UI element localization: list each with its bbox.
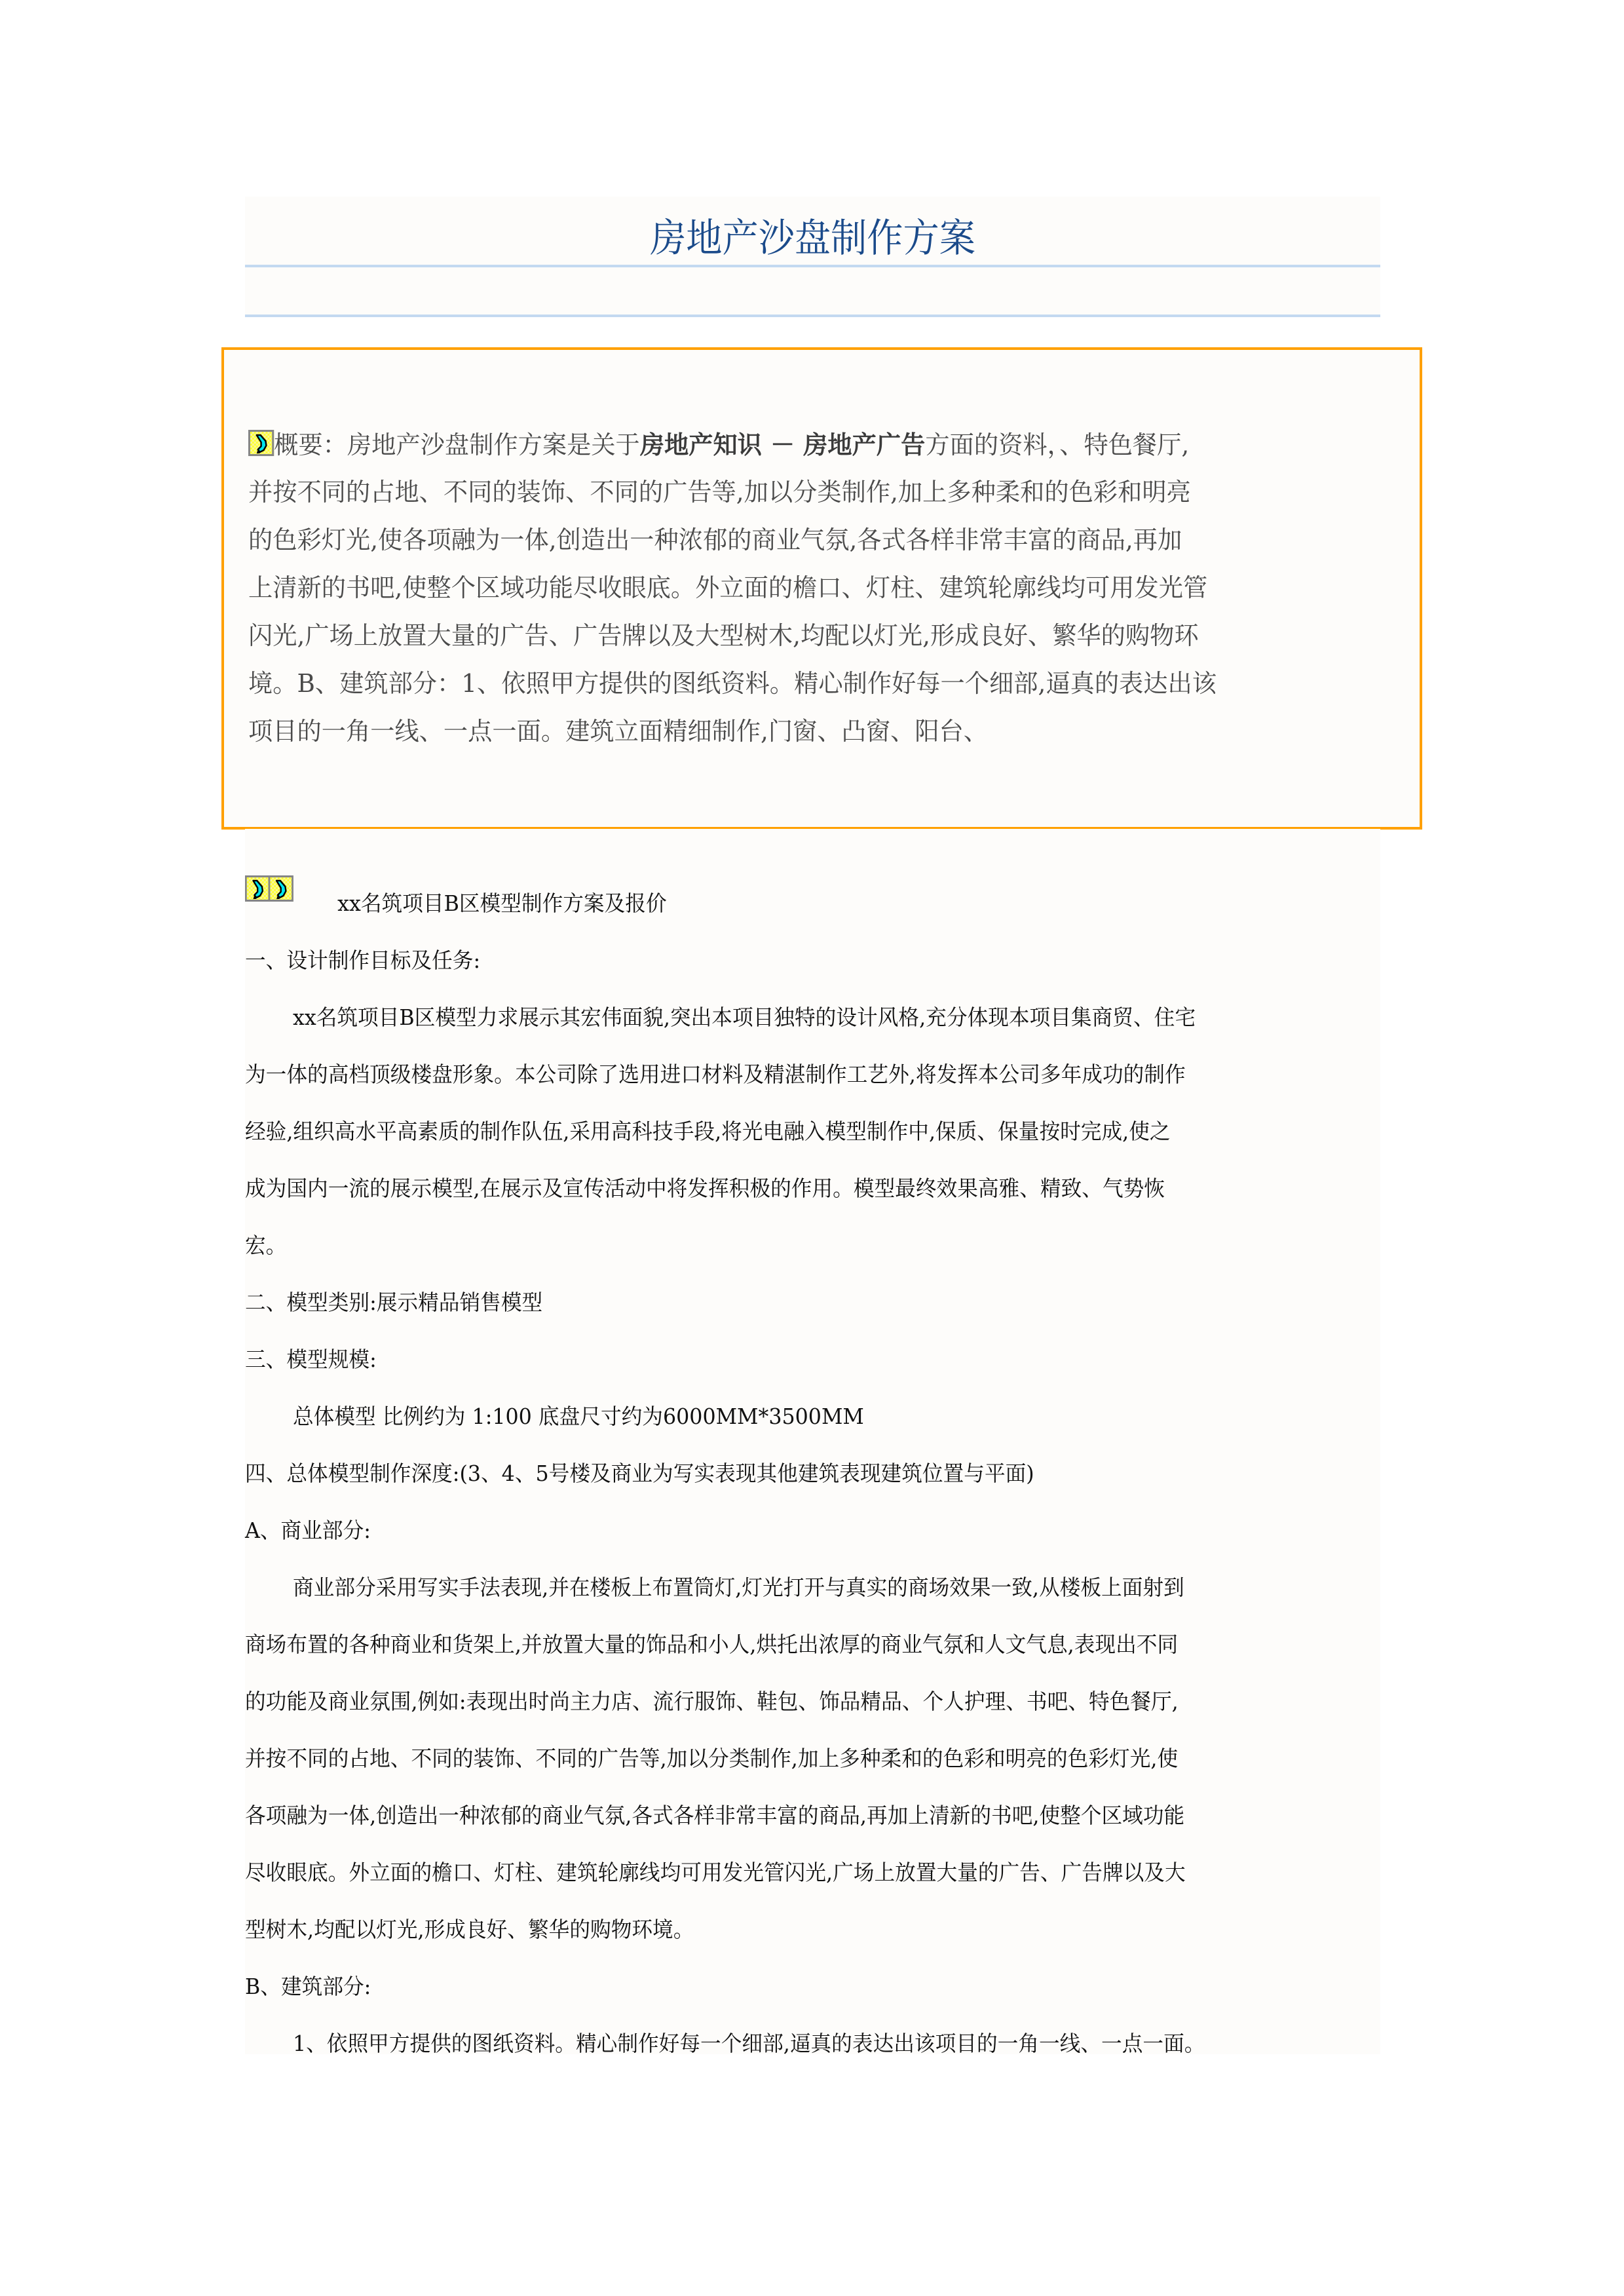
summary-line: 闪光,广场上放置大量的广告、广告牌以及大型树木,均配以灯光,形成良好、繁华的购物… [248, 612, 1365, 660]
body-line: 型树木,均配以灯光,形成良好、繁华的购物环境。 [245, 1901, 1335, 1958]
body-line: 商业部分采用写实手法表现,并在楼板上布置筒灯,灯光打开与真实的商场效果一致,从楼… [245, 1559, 1335, 1616]
body-line: 三、模型规模: [245, 1331, 1335, 1388]
section-heading: xx名筑项目B区模型制作方案及报价 [245, 875, 1335, 932]
icon-pair [245, 875, 293, 902]
summary-box: 概要：房地产沙盘制作方案是关于房地产知识 － 房地产广告方面的资料，、特色餐厅,… [221, 347, 1422, 830]
summary-line: 境。B、建筑部分：1、依照甲方提供的图纸资料。精心制作好每一个细部,逼真的表达出… [248, 660, 1365, 708]
body-line: 1、依照甲方提供的图纸资料。精心制作好每一个细部,逼真的表达出该项目的一角一线、… [245, 2015, 1335, 2072]
summary-category-link[interactable]: 房地产知识 － 房地产广告 [640, 430, 926, 459]
summary-line: 上清新的书吧,使整个区域功能尽收眼底。外立面的檐口、灯柱、建筑轮廓线均可用发光管 [248, 564, 1365, 612]
summary-suffix: 方面的资料，、特色餐厅, [925, 430, 1189, 459]
summary-text: 概要：房地产沙盘制作方案是关于房地产知识 － 房地产广告方面的资料，、特色餐厅,… [248, 421, 1388, 756]
arrow-bullet-icon [247, 877, 269, 900]
summary-line: 概要：房地产沙盘制作方案是关于房地产知识 － 房地产广告方面的资料，、特色餐厅, [248, 421, 1365, 469]
summary-line: 项目的一角一线、一点一面。建筑立面精细制作,门窗、凸窗、阳台、 [248, 708, 1365, 756]
body-line: 经验,组织高水平高素质的制作队伍,采用高科技手段,将光电融入模型制作中,保质、保… [245, 1103, 1335, 1160]
content-panel: xx名筑项目B区模型制作方案及报价 一、设计制作目标及任务: xx名筑项目B区模… [245, 829, 1380, 2054]
body-line: 尽收眼底。外立面的檐口、灯柱、建筑轮廓线均可用发光管闪光,广场上放置大量的广告、… [245, 1844, 1335, 1901]
body-line: 各项融为一体,创造出一种浓郁的商业气氛,各式各样非常丰富的商品,再加上清新的书吧… [245, 1787, 1335, 1844]
body-line: 宏。 [245, 1217, 1335, 1274]
body-line: A、商业部分: [245, 1502, 1335, 1559]
body-line: 成为国内一流的展示模型,在展示及宣传活动中将发挥积极的作用。模型最终效果高雅、精… [245, 1160, 1335, 1217]
body-line: 并按不同的占地、不同的装饰、不同的广告等,加以分类制作,加上多种柔和的色彩和明亮… [245, 1730, 1335, 1787]
body-line: 二、模型类别:展示精品销售模型 [245, 1274, 1335, 1331]
body-line: B、建筑部分: [245, 1958, 1335, 2015]
body-line: 为一体的高档顶级楼盘形象。本公司除了选用进口材料及精湛制作工艺外,将发挥本公司多… [245, 1046, 1335, 1103]
arrow-bullet-icon [248, 430, 274, 456]
summary-prefix: 概要：房地产沙盘制作方案是关于 [274, 430, 640, 459]
body-line: 商场布置的各种商业和货架上,并放置大量的饰品和小人,烘托出浓厚的商业气氛和人文气… [245, 1616, 1335, 1673]
title-divider-bottom [245, 315, 1380, 317]
summary-line: 并按不同的占地、不同的装饰、不同的广告等,加以分类制作,加上多种柔和的色彩和明亮 [248, 469, 1365, 516]
section-heading-text: xx名筑项目B区模型制作方案及报价 [337, 890, 667, 916]
summary-line: 的色彩灯光,使各项融为一体,创造出一种浓郁的商业气氛,各式各样非常丰富的商品,再… [248, 516, 1365, 564]
body-text: xx名筑项目B区模型制作方案及报价 一、设计制作目标及任务: xx名筑项目B区模… [245, 875, 1380, 2072]
body-line: 总体模型 比例约为 1:100 底盘尺寸约为6000MM*3500MM [245, 1388, 1335, 1445]
title-divider-top [245, 265, 1380, 267]
arrow-bullet-icon [269, 877, 292, 900]
body-line: 四、总体模型制作深度:(3、4、5号楼及商业为写实表现其他建筑表现建筑位置与平面… [245, 1445, 1335, 1502]
body-line: 一、设计制作目标及任务: [245, 932, 1335, 989]
title-panel: 房地产沙盘制作方案 [245, 197, 1380, 317]
page-title: 房地产沙盘制作方案 [290, 215, 1334, 262]
body-line: xx名筑项目B区模型力求展示其宏伟面貌,突出本项目独特的设计风格,充分体现本项目… [245, 989, 1335, 1046]
body-line: 的功能及商业氛围,例如:表现出时尚主力店、流行服饰、鞋包、饰品精品、个人护理、书… [245, 1673, 1335, 1730]
